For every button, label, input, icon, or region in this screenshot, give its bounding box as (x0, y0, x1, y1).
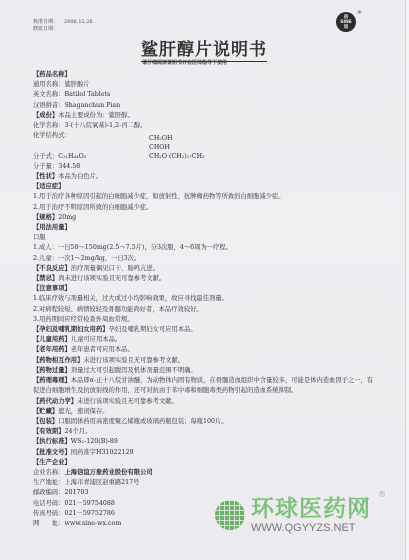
section-contraindications: 【禁忌】尚未进行该项实验且无可靠参考文献。 (33, 274, 378, 284)
section-elderly: 【老年用药】老年患者可应用本品。 (33, 345, 378, 355)
section-label: 【药代动力学】 (33, 398, 77, 405)
dates-block: 核准日期：2006.12.26 修改日期： (33, 19, 99, 33)
section-dosage: 【用法用量】 (33, 223, 378, 233)
section-standard: 【执行标准】WS₁-120(B)-89 (33, 437, 378, 447)
section-text: 口服固体药用高密度聚乙烯瓶或玻璃药瓶包装；每瓶100片。 (58, 418, 227, 425)
precaution-item: 2.对病程较短、病情较轻及骨髓功能尚好者，本品疗效较好。 (33, 305, 378, 315)
section-drug-name: 【药品名称】 (33, 70, 378, 80)
english-name: 英文名称：Batilol Tablets (33, 90, 378, 100)
section-text: 尚未进行该项实验且无可靠参考文献。 (58, 275, 165, 282)
section-text: 20mg (58, 214, 76, 221)
section-label: 【药物相互作用】 (33, 357, 83, 364)
chemical-structure: CH₂OH CHOH CH₂O (CH₂)₁₇CH₃ (149, 134, 205, 161)
watermark-url: WWW.QGYYZS.NET (251, 522, 371, 534)
pinyin-name: 汉语拼音：Shaganchun Pian (33, 101, 378, 111)
section-package: 【包装】口服固体药用高密度聚乙烯瓶或玻璃药瓶包装；每瓶100片。 (33, 417, 378, 427)
manufacturer-address: 生产地址：上海市青浦区赵重路217号 (33, 478, 378, 488)
structure-line: CHOH (149, 143, 205, 152)
field-label: 生产地址： (33, 479, 64, 486)
section-label: 【贮藏】 (33, 408, 58, 415)
field-value: www.sine-wx.com (64, 520, 121, 527)
section-label: 【性状】 (33, 173, 58, 180)
section-text: 国药准字H31022129 (71, 449, 134, 456)
section-appearance: 【性状】本品为白色片。 (33, 172, 378, 182)
document-subtitle: 请仔细阅读说明书并在医师指导下使用 (142, 59, 227, 66)
indication-item: 1.用于治疗各种原因引起的白细胞减少症，如放射性、抗肿瘤药物等所致的白细胞减少症… (33, 192, 378, 202)
precaution-item: 3.用药期间应经常检查外周血常规。 (33, 315, 378, 325)
section-label: 【不良反应】 (33, 265, 71, 272)
watermark-text: 环球医药网 WWW.QGYYZS.NET (251, 496, 371, 534)
section-label: 【规格】 (33, 214, 58, 221)
field-label: 网 址： (33, 520, 64, 527)
field-label: 电话号码： (33, 500, 64, 507)
section-text: 孕妇及哺乳期妇女可应用本品。 (109, 326, 197, 333)
molecular-weight: 分子量：344.58 (33, 162, 378, 172)
section-text: 未进行该项实验且无可靠参考文献。 (77, 398, 178, 405)
section-label: 【有效期】 (33, 428, 64, 435)
revision-date: 修改日期： (33, 26, 99, 33)
section-text: 本品即α-正十八烷甘油醚，为动物体内固有物质，在骨髓造血组织中含量较多，可能是体… (33, 377, 373, 394)
section-spec: 【规格】20mg (33, 213, 378, 223)
structure-line: CH₂OH (149, 134, 205, 143)
section-manufacturer: 【生产企业】 (33, 458, 378, 468)
section-label: 【孕妇及哺乳期妇女用药】 (33, 326, 109, 333)
section-indications: 【适应症】 (33, 182, 378, 192)
field-label: 邮政编码： (33, 489, 64, 496)
section-adverse: 【不良反应】治疗剂量偶见口干、肠鸣亢进。 (33, 264, 378, 274)
section-text: 治疗剂量偶见口干、肠鸣亢进。 (71, 265, 159, 272)
section-label: 【包装】 (33, 418, 58, 425)
precaution-item: 1.临床疗效与剂量相关，过大或过小均影响效果，故应寻找最佳剂量。 (33, 294, 378, 304)
generic-name: 通用名称：鲨肝醇片 (33, 80, 378, 90)
section-pharmacokinetics: 【药代动力学】未进行该项实验且无可靠参考文献。 (33, 397, 378, 407)
chemical-name: 化学名称：3-(十八烷氧基)-1,2-丙二醇。 (33, 121, 378, 131)
section-label: 【老年用药】 (33, 346, 71, 353)
field-value: 上海市青浦区赵重路217号 (64, 479, 139, 486)
date-label: 核准日期： (33, 19, 58, 25)
registered-mark: ® (357, 10, 362, 16)
section-text: 遮光，密闭保存。 (58, 408, 108, 415)
section-precautions: 【注意事项】 (33, 284, 378, 294)
spacer (33, 141, 378, 151)
field-label: 企业名称： (33, 469, 64, 476)
logo-bottom: 谊 (344, 25, 349, 30)
section-label: 【批准文号】 (33, 449, 71, 456)
manufacturer-name: 企业名称：上海信谊万象药业股份有限公司 (33, 468, 378, 478)
section-pregnancy: 【孕妇及哺乳期妇女用药】孕妇及哺乳期妇女可应用本品。 (33, 325, 378, 335)
section-text: 儿童可应用本品。 (71, 336, 121, 343)
section-text: 本品主要成份为：鲨肝醇。 (58, 112, 134, 119)
watermark-cn: 环球医药网 (251, 496, 371, 522)
indication-item: 2.用于治疗不明原因所致的白细胞减少症。 (33, 203, 378, 213)
watermark: 环球医药网 WWW.QGYYZS.NET (215, 496, 371, 534)
leaflet-content: 【药品名称】 通用名称：鲨肝醇片 英文名称：Batilol Tablets 汉语… (33, 70, 378, 529)
section-pharmacology: 【药理毒理】本品即α-正十八烷甘油醚，为动物体内固有物质，在骨髓造血组织中含量较… (33, 376, 378, 396)
section-children: 【儿童用药】儿童可应用本品。 (33, 335, 378, 345)
dosage-item: 1.成人：一日50～150mg(2.5～7.5片)，分3次服，4～6周为一疗程。 (33, 243, 378, 253)
watermark-registered-mark: ® (378, 490, 386, 499)
section-label: 【执行标准】 (33, 438, 71, 445)
section-text: 24个月。 (64, 428, 91, 435)
sine-logo-icon: 信 SINE 谊 (336, 12, 356, 32)
section-label: 【药理毒理】 (33, 377, 71, 384)
field-value: 021－59752786 (64, 510, 114, 517)
section-text: 剂量过大可引起腹泻及机体剂量范围不明确。 (71, 367, 197, 374)
section-overdose: 【药物过量】剂量过大可引起腹泻及机体剂量范围不明确。 (33, 366, 378, 376)
section-approval: 【批准文号】国药准字H31022129 (33, 448, 378, 458)
section-text: WS₁-120(B)-89 (71, 438, 118, 445)
date-value: 2006.12.26 (64, 19, 93, 25)
section-text: 本品为白色片。 (58, 173, 102, 180)
section-text: 老年患者可应用本品。 (71, 346, 134, 353)
molecular-formula: 分子式：C₂₁H₄₄O₃ (33, 152, 378, 162)
section-storage: 【贮藏】遮光，密闭保存。 (33, 407, 378, 417)
section-label: 【儿童用药】 (33, 336, 71, 343)
dosage-item: 2.儿童：一次1～2mg/kg，一日3次。 (33, 254, 378, 264)
section-validity: 【有效期】24个月。 (33, 427, 378, 437)
section-label: 【成份】 (33, 112, 58, 119)
field-value: 201703 (64, 489, 88, 496)
date-label: 修改日期： (33, 26, 58, 32)
section-text: 未进行该项实验且无可靠参考文献。 (83, 357, 184, 364)
section-label: 【禁忌】 (33, 275, 58, 282)
approval-date: 核准日期：2006.12.26 (33, 19, 99, 26)
section-composition: 【成份】本品主要成份为：鲨肝醇。 (33, 111, 378, 121)
globe-icon (215, 500, 245, 530)
structure-line: CH₂O (CH₂)₁₇CH₃ (149, 152, 205, 161)
structure-label: 化学结构式： (33, 131, 378, 141)
document-title: 鲨肝醇片说明书 (141, 35, 267, 62)
field-value: 021－59754088 (64, 500, 114, 507)
section-interaction: 【药物相互作用】未进行该项实验且无可靠参考文献。 (33, 356, 378, 366)
field-label: 传真号码： (33, 510, 64, 517)
field-value: 上海信谊万象药业股份有限公司 (64, 469, 152, 476)
dosage-item: 口服 (33, 233, 378, 243)
section-label: 【药物过量】 (33, 367, 71, 374)
